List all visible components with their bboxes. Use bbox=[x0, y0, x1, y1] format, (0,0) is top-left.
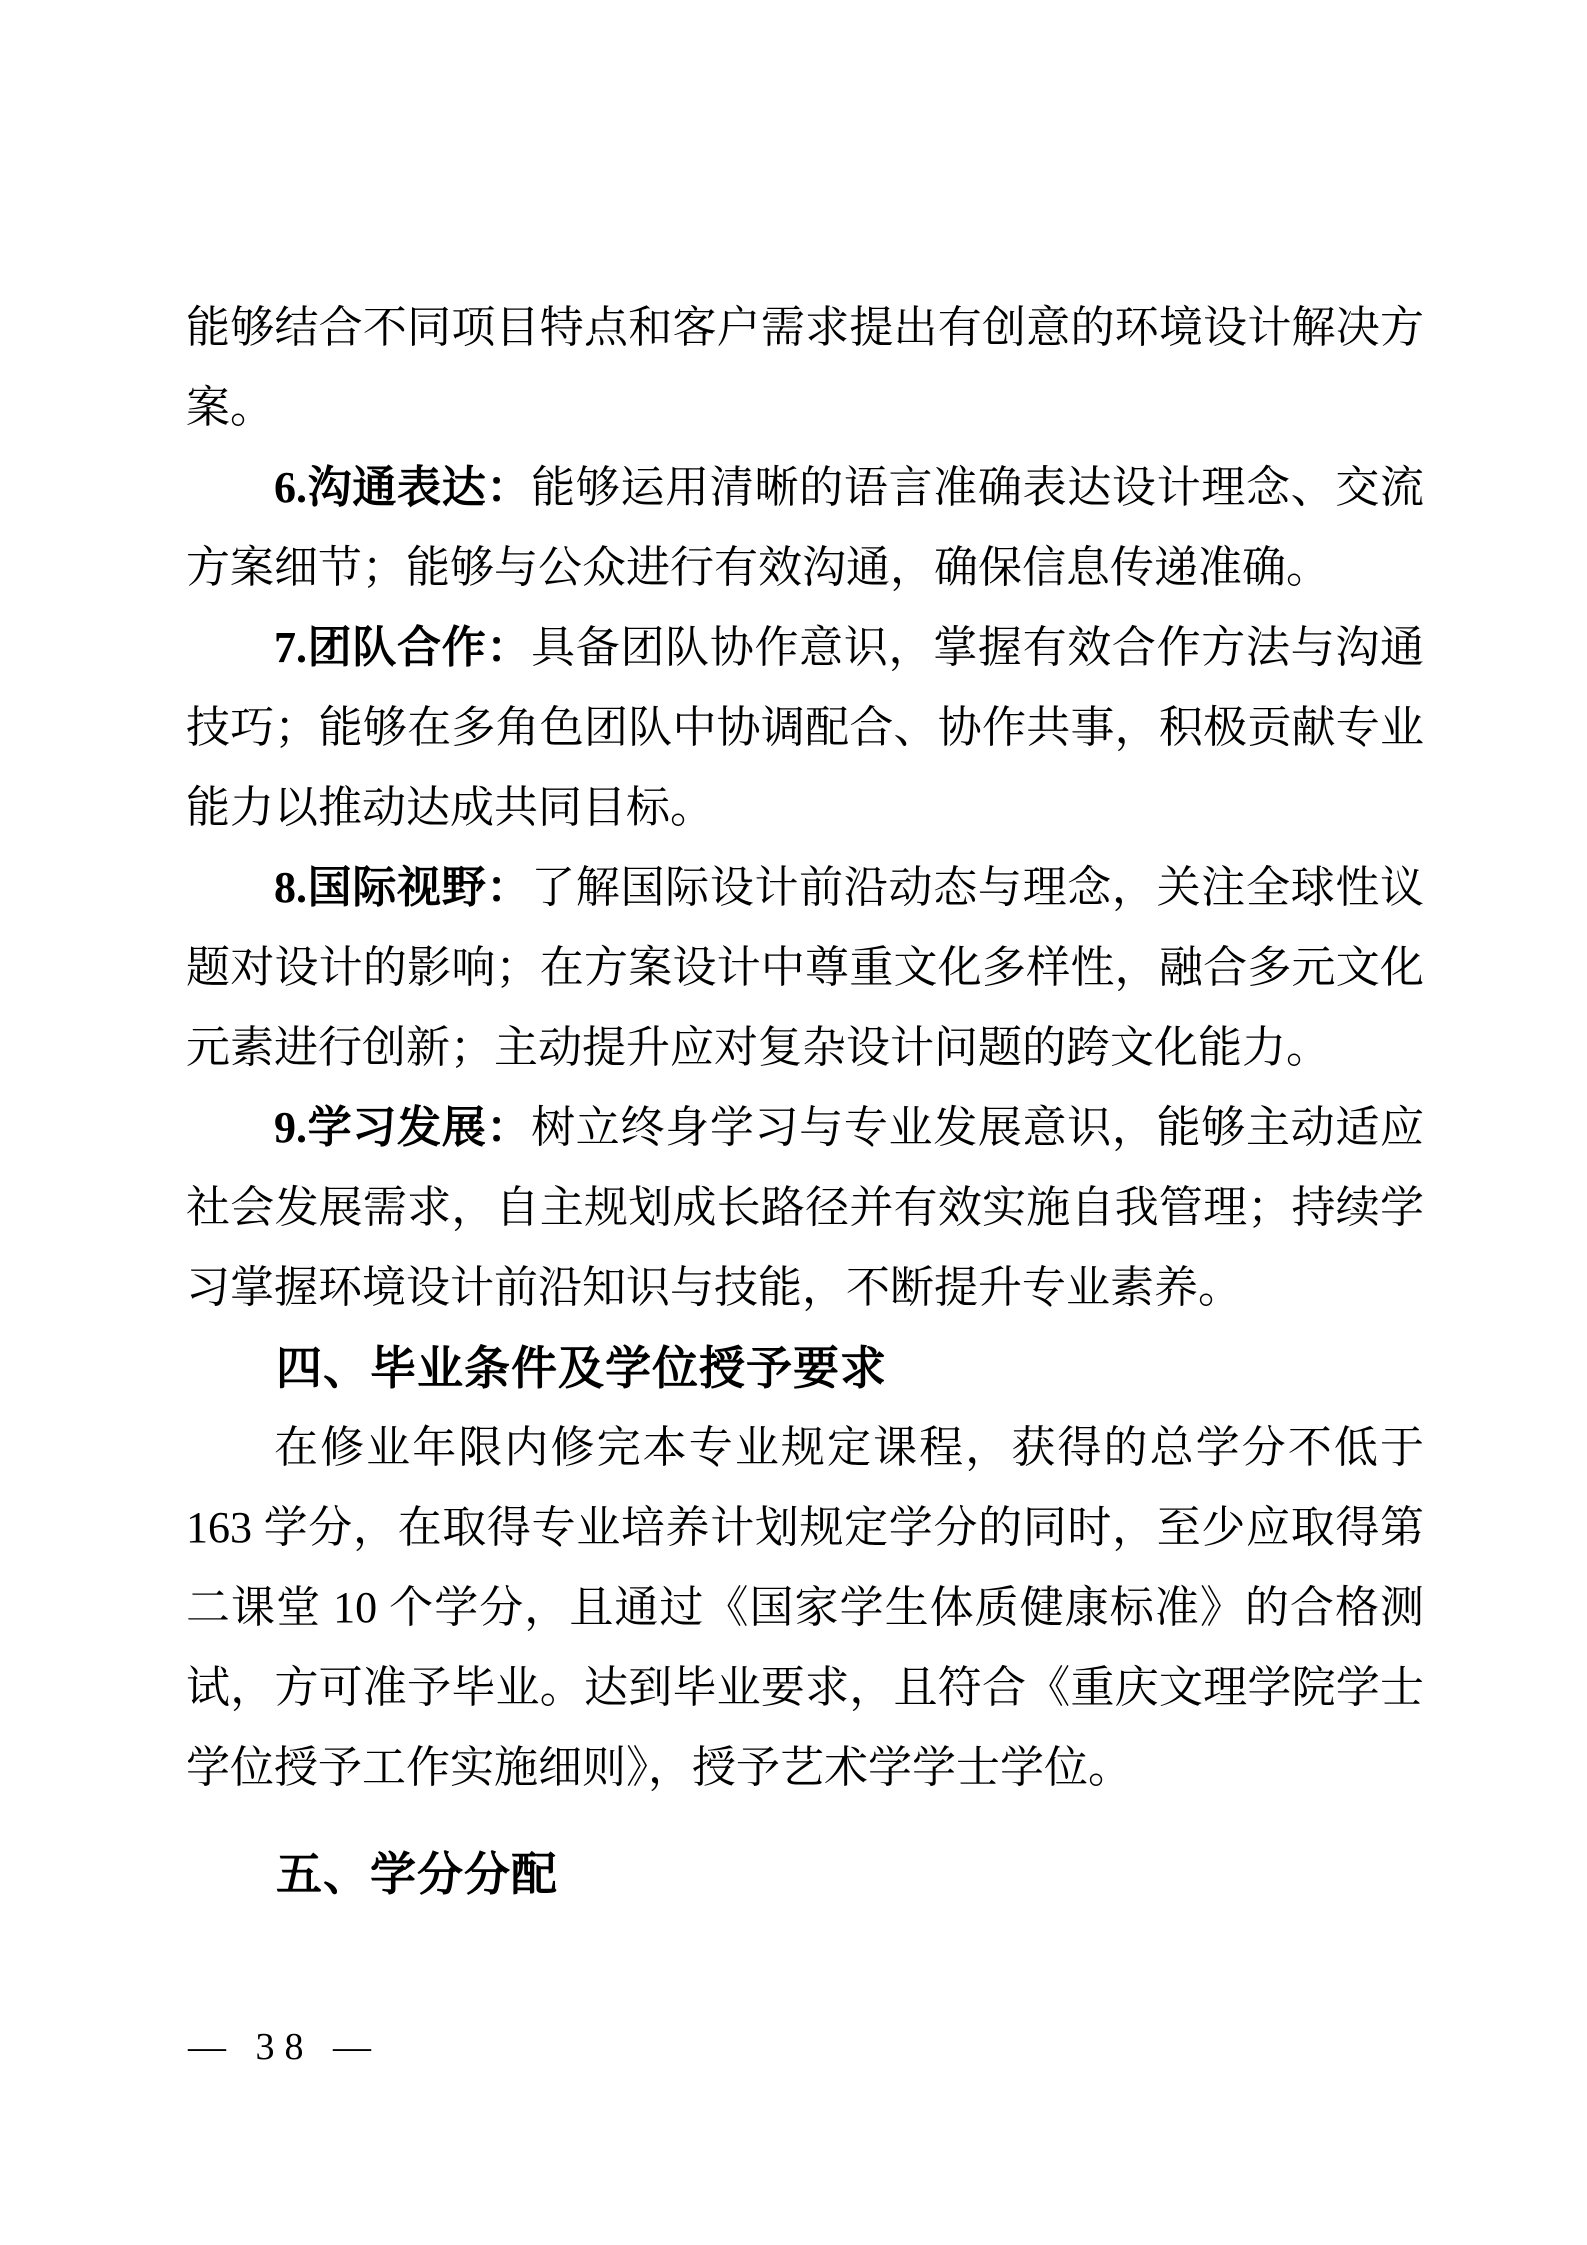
item-lead-label: 8.国际视野： bbox=[274, 863, 531, 912]
section-heading: 五、学分分配 bbox=[186, 1834, 1424, 1914]
document-page: 能够结合不同项目特点和客户需求提出有创意的环境设计解决方案。6.沟通表达：能够运… bbox=[0, 0, 1587, 2245]
body-paragraph: 能够结合不同项目特点和客户需求提出有创意的环境设计解决方案。 bbox=[186, 288, 1424, 448]
item-lead-label: 7.团队合作： bbox=[274, 623, 531, 672]
item-lead-label: 6.沟通表达： bbox=[274, 463, 531, 512]
document-body: 能够结合不同项目特点和客户需求提出有创意的环境设计解决方案。6.沟通表达：能够运… bbox=[186, 288, 1424, 1914]
item-lead-label: 9.学习发展： bbox=[274, 1103, 531, 1152]
page-number: — 38 — bbox=[188, 2024, 381, 2070]
body-paragraph: 6.沟通表达：能够运用清晰的语言准确表达设计理念、交流方案细节；能够与公众进行有… bbox=[186, 448, 1424, 608]
body-paragraph: 7.团队合作：具备团队协作意识，掌握有效合作方法与沟通技巧；能够在多角色团队中协… bbox=[186, 608, 1424, 848]
section-heading: 四、毕业条件及学位授予要求 bbox=[186, 1328, 1424, 1408]
body-paragraph: 在修业年限内修完本专业规定课程，获得的总学分不低于 163 学分，在取得专业培养… bbox=[186, 1408, 1424, 1808]
body-paragraph: 8.国际视野：了解国际设计前沿动态与理念，关注全球性议题对设计的影响；在方案设计… bbox=[186, 848, 1424, 1088]
body-paragraph: 9.学习发展：树立终身学习与专业发展意识，能够主动适应社会发展需求，自主规划成长… bbox=[186, 1088, 1424, 1328]
